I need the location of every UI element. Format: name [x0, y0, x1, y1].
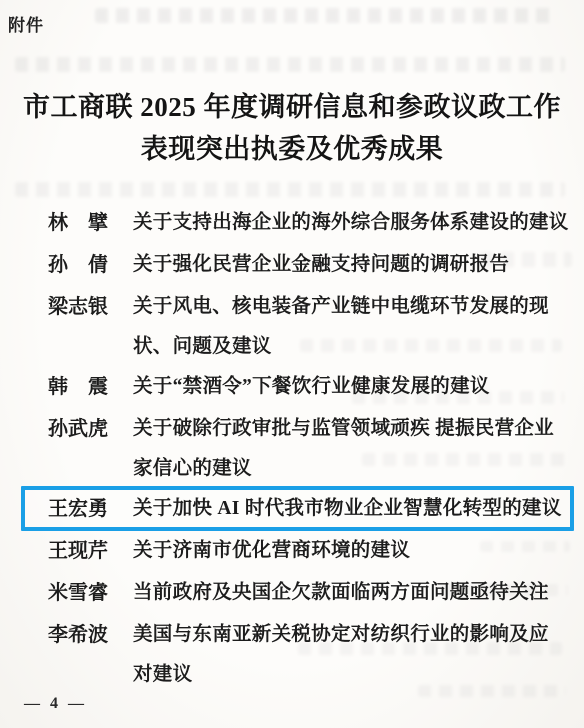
- entry-content: 关于“禁酒令”下餐饮行业健康发展的建议: [133, 366, 490, 408]
- entry-line: 美国与东南亚新关税协定对纺织行业的影响及应: [133, 614, 549, 656]
- list-item: 王现芹 关于济南市优化营商环境的建议: [22, 530, 574, 572]
- entry-line: 关于“禁酒令”下餐饮行业健康发展的建议: [133, 366, 490, 408]
- entry-line: 关于支持出海企业的海外综合服务体系建设的建议: [133, 202, 569, 244]
- list-item: 米雪睿 当前政府及央国企欠款面临两方面问题亟待关注: [22, 572, 574, 614]
- entry-name: 王宏勇: [22, 488, 114, 530]
- entry-line: 关于风电、核电装备产业链中电缆环节发展的现: [133, 286, 549, 328]
- list-item: 孙 倩 关于强化民营企业金融支持问题的调研报告: [22, 244, 574, 286]
- entry-name: 王现芹: [22, 530, 114, 572]
- list-item-highlighted: 王宏勇 关于加快 AI 时代我市物业企业智慧化转型的建议: [22, 488, 574, 530]
- attachment-label: 附件: [8, 11, 44, 36]
- entry-name: 林 擘: [22, 202, 114, 244]
- list-item: 孙武虎 关于破除行政审批与监管领域顽疾 提振民营企业 家信心的建议: [22, 408, 574, 488]
- entry-name: 梁志银: [22, 286, 114, 328]
- list-item: 林 擘 关于支持出海企业的海外综合服务体系建设的建议: [22, 202, 574, 244]
- page-number: — 4 —: [24, 695, 87, 713]
- page-title: 市工商联 2025 年度调研信息和参政议政工作 表现突出执委及优秀成果: [0, 86, 584, 170]
- entry-name: 李希波: [22, 614, 114, 656]
- entry-line: 状、问题及建议: [133, 328, 549, 366]
- entry-name: 孙武虎: [22, 408, 114, 450]
- entry-line: 对建议: [133, 656, 549, 694]
- page-title-line1: 市工商联 2025 年度调研信息和参政议政工作: [0, 86, 584, 128]
- entry-line: 关于济南市优化营商环境的建议: [133, 530, 410, 572]
- bleed-through-artifact: [15, 57, 565, 72]
- entry-content: 关于济南市优化营商环境的建议: [133, 530, 410, 572]
- entry-line: 家信心的建议: [133, 450, 554, 488]
- entry-name: 米雪睿: [22, 572, 114, 614]
- entry-name: 韩 震: [22, 366, 114, 408]
- entry-line: 当前政府及央国企欠款面临两方面问题亟待关注: [133, 572, 549, 614]
- list-item: 李希波 美国与东南亚新关税协定对纺织行业的影响及应 对建议: [22, 614, 574, 694]
- entry-content: 当前政府及央国企欠款面临两方面问题亟待关注: [133, 572, 549, 614]
- document-page: 附件 市工商联 2025 年度调研信息和参政议政工作 表现突出执委及优秀成果 林…: [0, 0, 584, 728]
- entry-line: 关于加快 AI 时代我市物业企业智慧化转型的建议: [133, 488, 562, 530]
- entry-content: 关于强化民营企业金融支持问题的调研报告: [133, 244, 509, 286]
- entry-name: 孙 倩: [22, 244, 114, 286]
- entry-line: 关于强化民营企业金融支持问题的调研报告: [133, 244, 509, 286]
- entry-content: 关于风电、核电装备产业链中电缆环节发展的现 状、问题及建议: [133, 286, 549, 366]
- entry-content: 关于支持出海企业的海外综合服务体系建设的建议: [133, 202, 569, 244]
- entry-content: 关于破除行政审批与监管领域顽疾 提振民营企业 家信心的建议: [133, 408, 554, 488]
- award-entry-list: 林 擘 关于支持出海企业的海外综合服务体系建设的建议 孙 倩 关于强化民营企业金…: [22, 202, 574, 694]
- list-item: 梁志银 关于风电、核电装备产业链中电缆环节发展的现 状、问题及建议: [22, 286, 574, 366]
- entry-content: 关于加快 AI 时代我市物业企业智慧化转型的建议: [133, 488, 562, 530]
- page-title-line2: 表现突出执委及优秀成果: [0, 128, 584, 170]
- bleed-through-artifact: [95, 8, 555, 23]
- entry-content: 美国与东南亚新关税协定对纺织行业的影响及应 对建议: [133, 614, 549, 694]
- bleed-through-artifact: [15, 182, 565, 197]
- list-item: 韩 震 关于“禁酒令”下餐饮行业健康发展的建议: [22, 366, 574, 408]
- entry-line: 关于破除行政审批与监管领域顽疾 提振民营企业: [133, 408, 554, 450]
